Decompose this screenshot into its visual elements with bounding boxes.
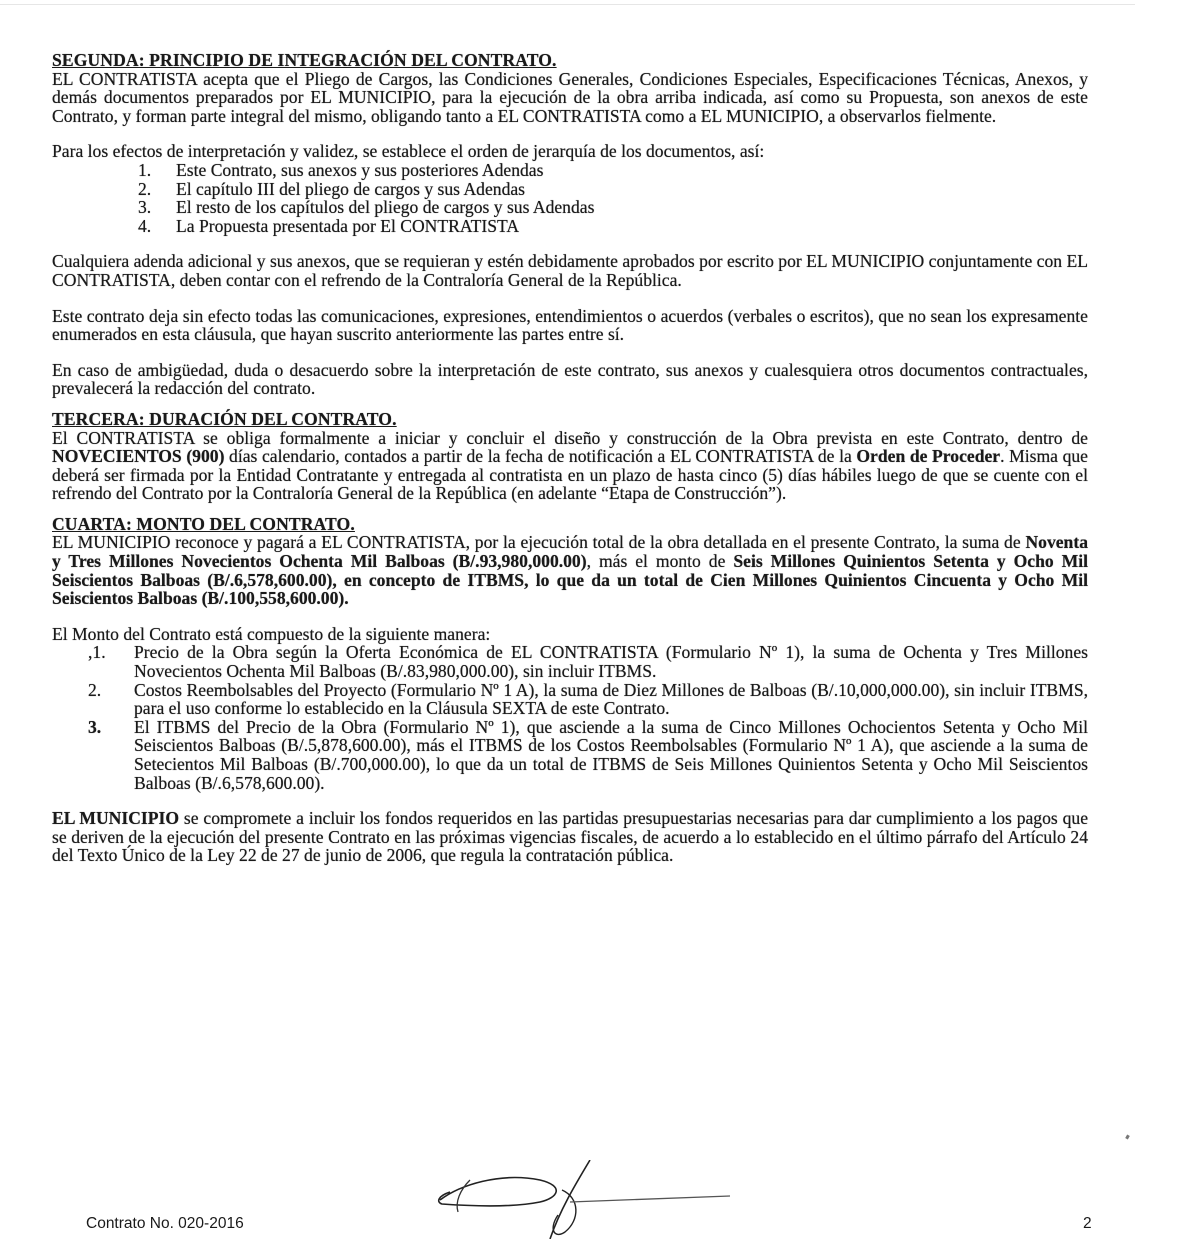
list-item: 3.El ITBMS del Precio de la Obra (Formul… xyxy=(52,718,1088,792)
list-item: 4.La Propuesta presentada por El CONTRAT… xyxy=(52,217,1088,236)
signature-icon xyxy=(430,1160,770,1239)
clause-heading-segunda: SEGUNDA: PRINCIPIO DE INTEGRACIÓN DEL CO… xyxy=(52,51,1088,70)
clause-heading-tercera: TERCERA: DURACIÓN DEL CONTRATO. xyxy=(52,410,1088,429)
document-body: SEGUNDA: PRINCIPIO DE INTEGRACIÓN DEL CO… xyxy=(52,51,1088,865)
contract-number-footer: Contrato No. 020-2016 xyxy=(86,1215,244,1233)
list-item: 3.El resto de los capítulos del pliego d… xyxy=(52,198,1088,217)
scan-artifact-mark xyxy=(1125,1135,1130,1140)
clause-cuarta-paragraph-1: EL MUNICIPIO reconoce y pagará a EL CONT… xyxy=(52,533,1088,607)
document-hierarchy-list: 1.Este Contrato, sus anexos y sus poster… xyxy=(52,161,1088,235)
clause-heading-cuarta: CUARTA: MONTO DEL CONTRATO. xyxy=(52,515,1088,534)
page-number: 2 xyxy=(1083,1215,1092,1233)
list-item: 1.Este Contrato, sus anexos y sus poster… xyxy=(52,161,1088,180)
clause-segunda-paragraph-4: Este contrato deja sin efecto todas las … xyxy=(52,307,1088,344)
list-item: ,1.Precio de la Obra según la Oferta Eco… xyxy=(52,643,1088,680)
clause-tercera-paragraph-1: El CONTRATISTA se obliga formalmente a i… xyxy=(52,429,1088,503)
document-page: SEGUNDA: PRINCIPIO DE INTEGRACIÓN DEL CO… xyxy=(0,0,1200,1239)
list-item: 2.Costos Reembolsables del Proyecto (For… xyxy=(52,681,1088,718)
clause-segunda-paragraph-5: En caso de ambigüedad, duda o desacuerdo… xyxy=(52,361,1088,398)
amount-breakdown-list: ,1.Precio de la Obra según la Oferta Eco… xyxy=(52,643,1088,792)
clause-segunda-paragraph-3: Cualquiera adenda adicional y sus anexos… xyxy=(52,252,1088,289)
list-item: 2.El capítulo III del pliego de cargos y… xyxy=(52,180,1088,199)
clause-segunda-paragraph-2: Para los efectos de interpretación y val… xyxy=(52,142,1088,161)
page-edge-line xyxy=(0,4,1135,5)
clause-cuarta-paragraph-3: EL MUNICIPIO se compromete a incluir los… xyxy=(52,809,1088,865)
clause-cuarta-paragraph-2: El Monto del Contrato está compuesto de … xyxy=(52,625,1088,644)
clause-segunda-paragraph-1: EL CONTRATISTA acepta que el Pliego de C… xyxy=(52,70,1088,126)
